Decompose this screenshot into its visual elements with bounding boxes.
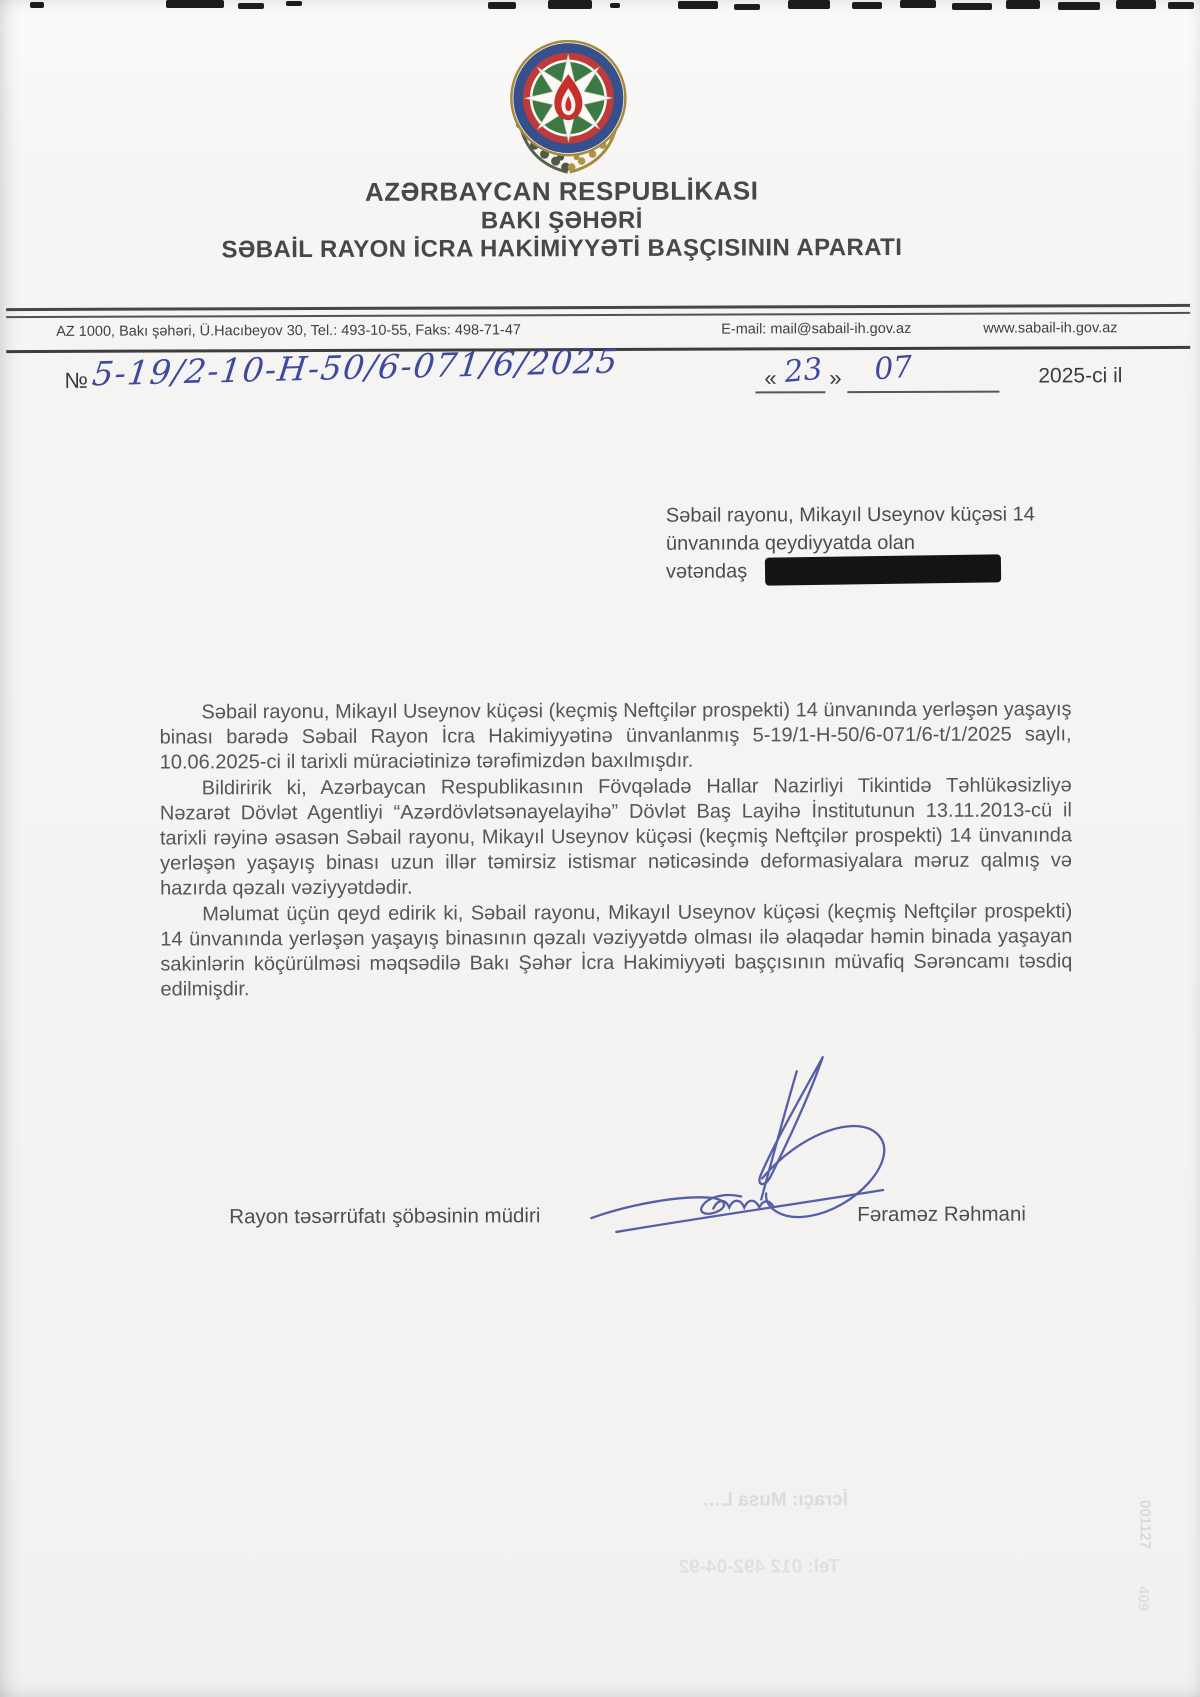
date-quote-open: « [764, 365, 776, 391]
paragraph-3: Məlumat üçün qeyd edirik ki, Səbail rayo… [160, 899, 1072, 1003]
divider-double-rule [6, 304, 1190, 318]
reference-number-label: № [64, 368, 88, 394]
date-quote-close: » [829, 365, 841, 391]
paragraph-2: Bildiririk ki, Azərbaycan Respublikasını… [160, 773, 1072, 902]
letterhead: AZƏRBAYCAN RESPUBLİKASI BAKI ŞƏHƏRİ SƏBA… [0, 174, 1126, 265]
org-city: BAKI ŞƏHƏRİ [0, 205, 1126, 237]
handwritten-signature-icon [561, 1047, 902, 1243]
date-month-underline [847, 391, 999, 394]
recipient-line-2: ünvanında qeydiyyatda olan [666, 528, 1035, 557]
signatory-title: Rayon təsərrüfatı şöbəsinin müdiri [229, 1204, 540, 1229]
redaction-box [765, 554, 1001, 585]
date-month-handwritten: 07 [873, 350, 914, 388]
org-country: AZƏRBAYCAN RESPUBLİKASI [0, 174, 1126, 209]
azerbaijan-coat-of-arms-icon [503, 32, 634, 178]
paragraph-1: Səbail rayonu, Mikayıl Useynov küçəsi (k… [159, 697, 1071, 776]
document-page: AZƏRBAYCAN RESPUBLİKASI BAKI ŞƏHƏRİ SƏBA… [0, 0, 1200, 1697]
date-day-handwritten: 23 [783, 352, 824, 390]
recipient-line-1: Səbail rayonu, Mikayıl Useynov küçəsi 14 [666, 500, 1035, 529]
bleedthrough-code-vertical-2: 409 [1135, 1586, 1152, 1611]
bleedthrough-code-vertical: 001127 [1136, 1500, 1153, 1549]
date-year-label: 2025-ci il [1038, 364, 1122, 388]
date-day-underline [755, 391, 825, 393]
contact-website: www.sabail-ih.gov.az [983, 320, 1117, 336]
contact-address: AZ 1000, Bakı şəhəri, Ü.Hacıbeyov 30, Te… [56, 322, 521, 340]
letter-body: Səbail rayonu, Mikayıl Useynov küçəsi (k… [159, 697, 1072, 1003]
signatory-name: Fəraməz Rəhmani [857, 1203, 1026, 1228]
org-office: SƏBAİL RAYON İCRA HAKİMİYYƏTİ BAŞÇISININ… [0, 233, 1126, 265]
contact-email: E-mail: mail@sabail-ih.gov.az [721, 321, 911, 338]
bleedthrough-phone-mirrored: Tel: 012 492-04-92 [678, 1556, 839, 1579]
bleedthrough-executor-mirrored: İcraçı: Musa L… [702, 1489, 848, 1512]
